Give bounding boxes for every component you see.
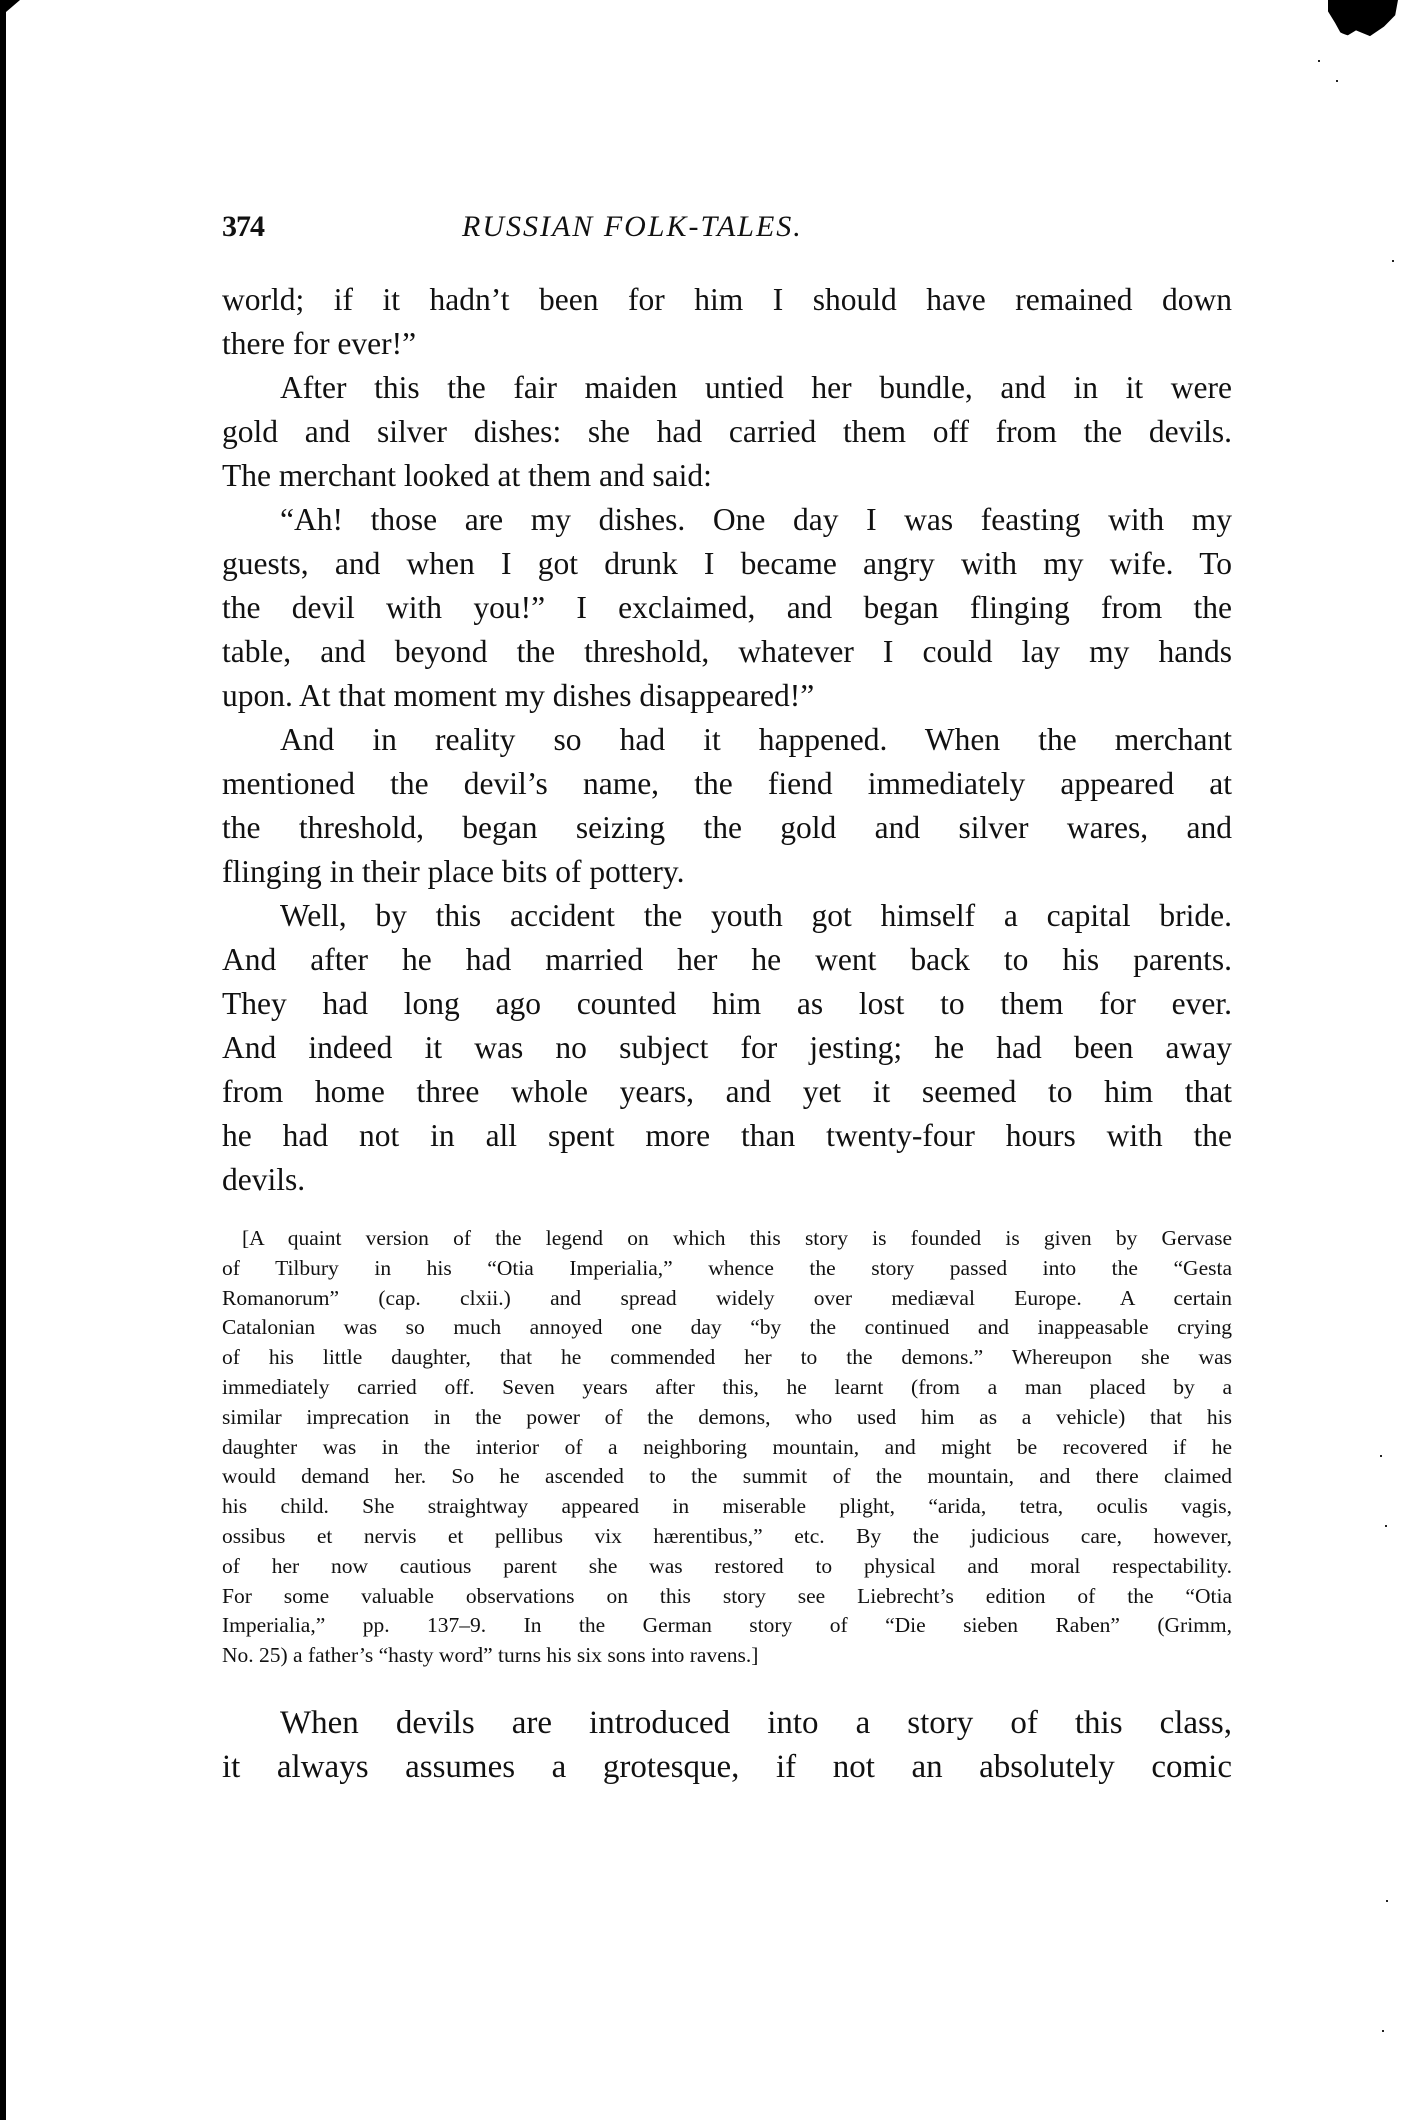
scan-speck (1336, 80, 1338, 82)
footnote-line: [A quaint version of the legend on which… (222, 1224, 1232, 1254)
text-line: And after he had married her he went bac… (222, 938, 1232, 982)
footnote-line: of Tilbury in his “Otia Imperialia,” whe… (222, 1254, 1232, 1284)
scan-speck (1392, 260, 1394, 262)
text-line: mentioned the devil’s name, the fiend im… (222, 762, 1232, 806)
page-edge-shadow (0, 8, 6, 2120)
scan-smudge (1328, 0, 1398, 38)
text-line: They had long ago counted him as lost to… (222, 982, 1232, 1026)
footnote-line: Imperialia,” pp. 137–9. In the German st… (222, 1611, 1232, 1641)
footnote-line: immediately carried off. Seven years aft… (222, 1373, 1232, 1403)
footnote: [A quaint version of the legend on which… (222, 1224, 1232, 1671)
scan-speck (1318, 60, 1320, 62)
footnote-line: similar imprecation in the power of the … (222, 1403, 1232, 1433)
footnote-line: ossibus et nervis et pellibus vix hærent… (222, 1522, 1232, 1552)
footnote-line: For some valuable observations on this s… (222, 1582, 1232, 1612)
text-line: After this the fair maiden untied her bu… (222, 366, 1232, 410)
scan-speck (1386, 1900, 1388, 1902)
text-line: Well, by this accident the youth got him… (222, 894, 1232, 938)
footnote-line: his child. She straightway appeared in m… (222, 1492, 1232, 1522)
paragraph: “Ah! those are my dishes. One day I was … (222, 498, 1232, 718)
footnote-line: Romanorum” (cap. clxii.) and spread wide… (222, 1284, 1232, 1314)
running-title: RUSSIAN FOLK-TALES. (462, 210, 803, 244)
running-head: 374 RUSSIAN FOLK-TALES. (222, 210, 1232, 250)
text-line: there for ever!” (222, 322, 1232, 366)
text-line: And indeed it was no subject for jesting… (222, 1026, 1232, 1070)
text-line: upon. At that moment my dishes disappear… (222, 674, 1232, 718)
text-line: When devils are introduced into a story … (222, 1701, 1232, 1745)
footnote-line: of his little daughter, that he commende… (222, 1343, 1232, 1373)
page-number: 374 (222, 210, 264, 244)
text-line: table, and beyond the threshold, whateve… (222, 630, 1232, 674)
text-line: world; if it hadn’t been for him I shoul… (222, 278, 1232, 322)
footnote-line: daughter was in the interior of a neighb… (222, 1433, 1232, 1463)
text-line: “Ah! those are my dishes. One day I was … (222, 498, 1232, 542)
body-text: world; if it hadn’t been for him I shoul… (222, 278, 1232, 1202)
paragraph: Well, by this accident the youth got him… (222, 894, 1232, 1202)
scan-speck (1385, 1525, 1387, 1527)
closing-paragraph: When devils are introduced into a story … (222, 1701, 1232, 1789)
text-line: from home three whole years, and yet it … (222, 1070, 1232, 1114)
paragraph: After this the fair maiden untied her bu… (222, 366, 1232, 498)
book-page: 374 RUSSIAN FOLK-TALES. world; if it had… (222, 210, 1232, 1789)
scan-speck (1382, 2030, 1384, 2032)
text-line: he had not in all spent more than twenty… (222, 1114, 1232, 1158)
paragraph: world; if it hadn’t been for him I shoul… (222, 278, 1232, 366)
text-line: gold and silver dishes: she had carried … (222, 410, 1232, 454)
text-line: the devil with you!” I exclaimed, and be… (222, 586, 1232, 630)
text-line: flinging in their place bits of pottery. (222, 850, 1232, 894)
text-line: guests, and when I got drunk I became an… (222, 542, 1232, 586)
text-line: The merchant looked at them and said: (222, 454, 1232, 498)
text-line: And in reality so had it happened. When … (222, 718, 1232, 762)
footnote-line: Catalonian was so much annoyed one day “… (222, 1313, 1232, 1343)
text-line: the threshold, began seizing the gold an… (222, 806, 1232, 850)
scan-speck (1380, 1455, 1382, 1457)
footnote-line: of her now cautious parent she was resto… (222, 1552, 1232, 1582)
text-line: devils. (222, 1158, 1232, 1202)
footnote-line: No. 25) a father’s “hasty word” turns hi… (222, 1641, 1232, 1671)
footnote-line: would demand her. So he ascended to the … (222, 1462, 1232, 1492)
text-line: it always assumes a grotesque, if not an… (222, 1745, 1232, 1789)
paragraph: And in reality so had it happened. When … (222, 718, 1232, 894)
